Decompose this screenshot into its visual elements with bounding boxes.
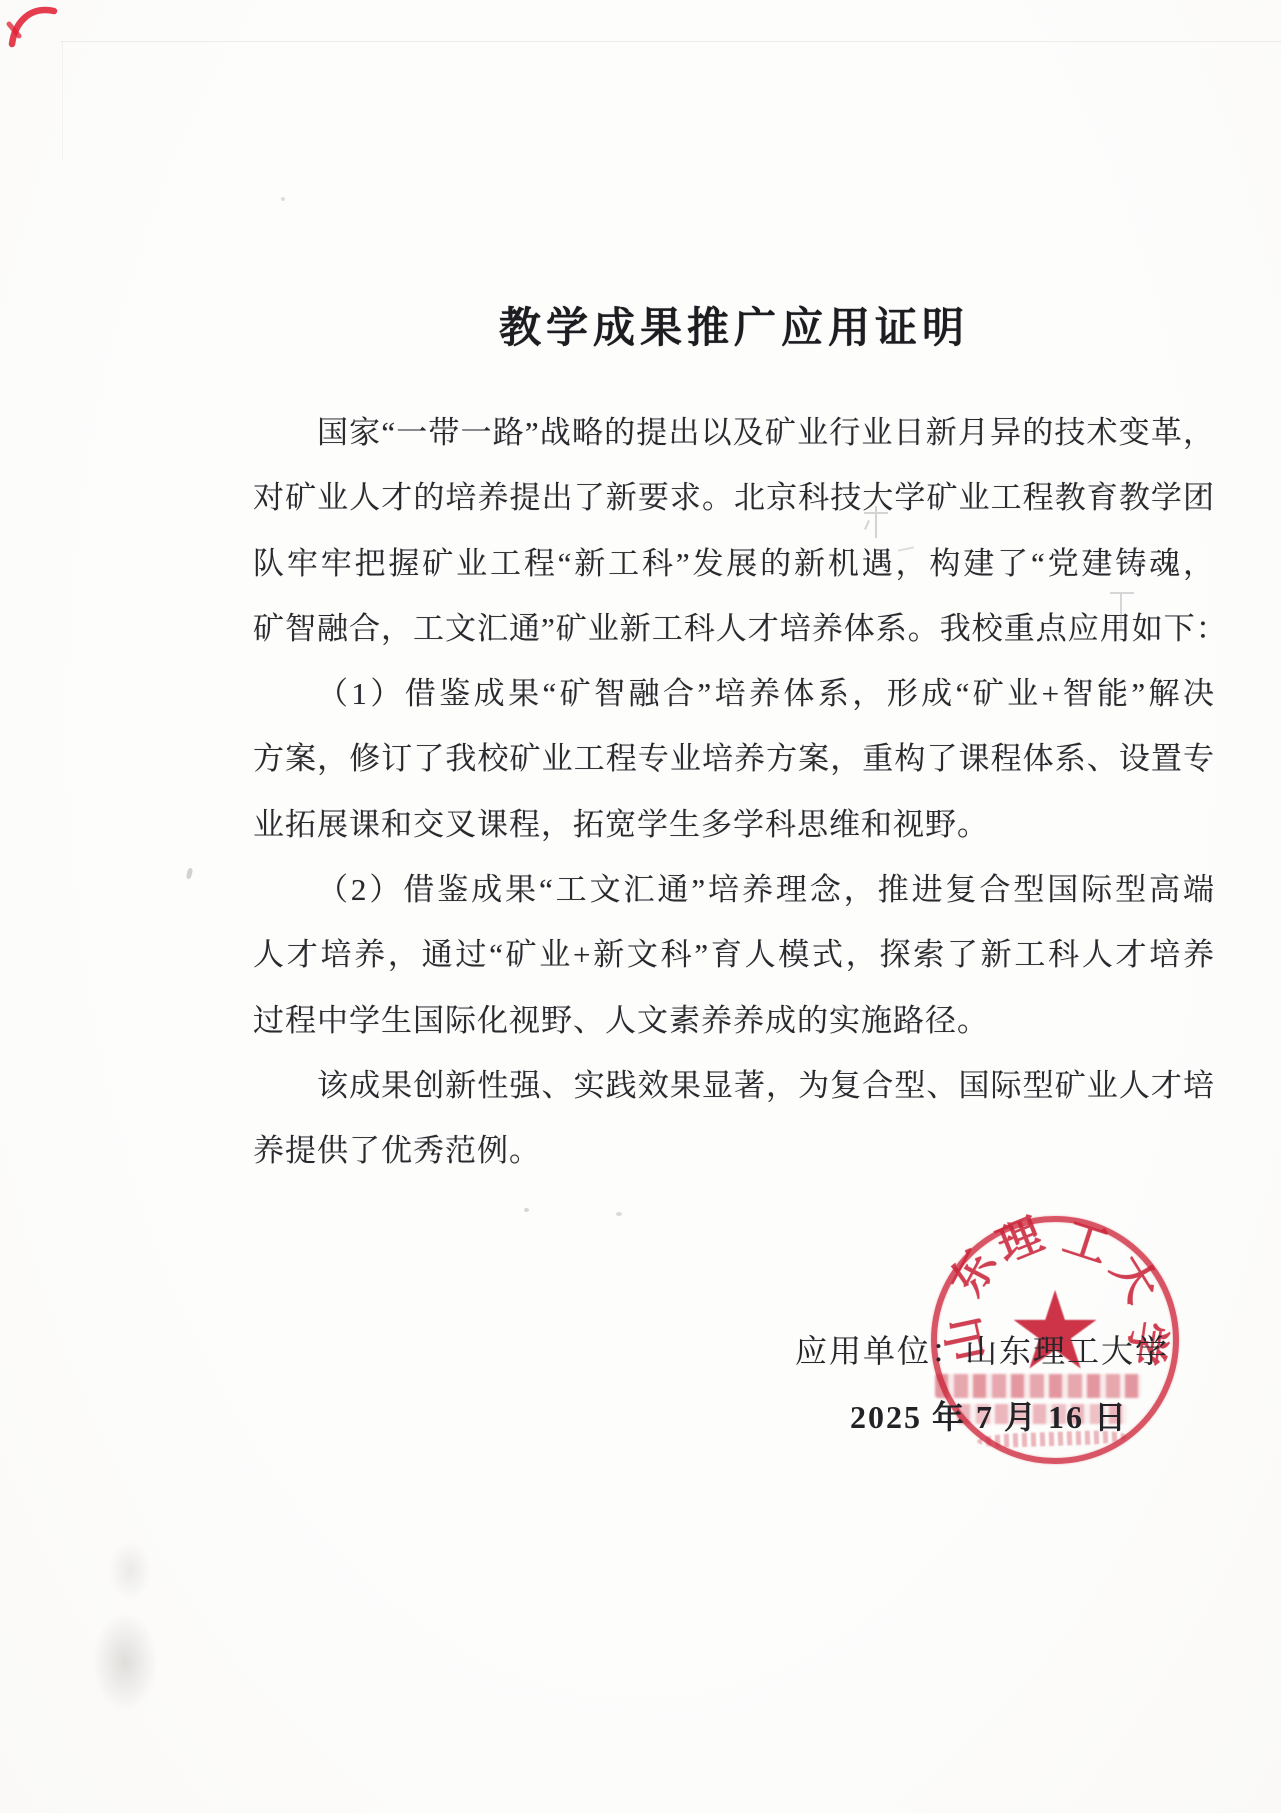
date-line: 2025 年 7 月 16 日 xyxy=(850,1392,1128,1438)
scan-speck xyxy=(281,197,285,201)
body-line: 过程中学生国际化视野、人文素养养成的实施路径。 xyxy=(253,988,1215,1053)
body-line: 人才培养，通过“矿业+新文科”育人模式，探索了新工科人才培养 xyxy=(253,922,1215,987)
body-line: 对矿业人才的培养提出了新要求。北京科技大学矿业工程教育教学团 xyxy=(253,465,1215,530)
scan-speck xyxy=(186,868,194,880)
document-title: 教学成果推广应用证明 xyxy=(253,295,1215,355)
red-pen-mark-icon xyxy=(2,0,74,52)
unit-label: 应用单位： xyxy=(795,1333,965,1369)
body-line: 队牢牢把握矿业工程“新工科”发展的新机遇，构建了“党建铸魂， xyxy=(253,531,1215,596)
scan-speck xyxy=(524,1208,529,1212)
scan-edge xyxy=(60,41,1281,42)
pencil-ghost-mark xyxy=(1108,588,1138,632)
application-unit-line: 应用单位：山东理工大学 xyxy=(795,1326,1169,1372)
body-line: 业拓展课和交叉课程，拓宽学生多学科思维和视野。 xyxy=(253,792,1215,857)
scanned-certificate-page: 教学成果推广应用证明 国家“一带一路”战略的提出以及矿业行业日新月异的技术变革，… xyxy=(0,0,1281,1813)
pencil-ghost-mark xyxy=(862,506,890,540)
scan-blotch xyxy=(92,1612,158,1712)
body-line: 养提供了优秀范例。 xyxy=(253,1118,1215,1183)
body-line: 国家“一带一路”战略的提出以及矿业行业日新月异的技术变革， xyxy=(253,400,1215,465)
body-line: （1）借鉴成果“矿智融合”培养体系，形成“矿业+智能”解决 xyxy=(253,661,1215,726)
body-line: （2）借鉴成果“工文汇通”培养理念，推进复合型国际型高端 xyxy=(253,857,1215,922)
scan-edge xyxy=(62,41,63,161)
scan-speck xyxy=(616,1212,622,1216)
body-line: 该成果创新性强、实践效果显著，为复合型、国际型矿业人才培 xyxy=(253,1053,1215,1118)
document-body: 国家“一带一路”战略的提出以及矿业行业日新月异的技术变革， 对矿业人才的培养提出… xyxy=(253,400,1215,1184)
body-line: 方案，修订了我校矿业工程专业培养方案，重构了课程体系、设置专 xyxy=(253,726,1215,791)
unit-name: 山东理工大学 xyxy=(965,1333,1169,1369)
scan-blotch xyxy=(108,1540,152,1600)
pencil-ghost-mark xyxy=(898,540,916,556)
body-line: 矿智融合，工文汇通”矿业新工科人才培养体系。我校重点应用如下： xyxy=(253,596,1215,661)
